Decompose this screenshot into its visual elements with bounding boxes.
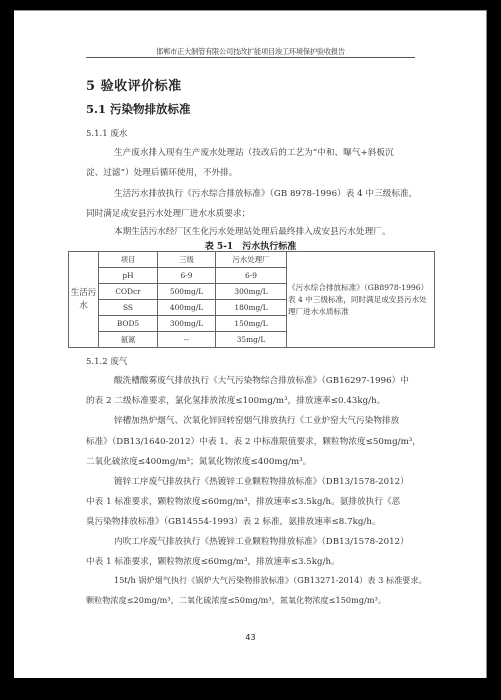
paragraph-line: 生产废水排入现有生产废水处理站（技改后的工艺为“中和、曝气+斜板沉 (114, 146, 394, 158)
paragraph-line: 二氧化硫浓度≤400mg/m³；氮氧化物浓度≤400mg/m³。 (86, 455, 311, 467)
running-header: 邯郸市正大制管有限公司技改扩能项目竣工环境保护验收报告 (14, 47, 487, 57)
table-cell: 35mg/L (216, 332, 287, 348)
table-cell: 400mg/L (158, 300, 216, 316)
table-cell: 500mg/L (158, 284, 216, 300)
table-cell: pH (99, 268, 158, 284)
paragraph-line: 中表 1 标准要求，颗粒物浓度≤60mg/m³，排放速率≤3.5kg/h。 (86, 555, 340, 567)
header-cell: 项目 (99, 252, 158, 268)
table-cell: 150mg/L (216, 316, 287, 332)
paragraph-line: 锌槽加热炉烟气、次氧化锌回转窑烟气排放执行《工业炉窑大气污染物排放 (114, 414, 399, 426)
exhaust-heading: 5.1.2 废气 (86, 355, 127, 367)
table-cell: CODcr (99, 284, 158, 300)
table-cell: 6-9 (158, 268, 216, 284)
paragraph-line: 镀锌工序废气排放执行《热镀锌工业颗粒物排放标准》（DB13/1578-2012） (114, 475, 409, 487)
subsection-heading: 5.1 污染物排放标准 (86, 101, 191, 117)
paragraph-line: 标准》（DB13/1640-2012）中表 1、表 2 中标准限值要求，颗粒物浓… (86, 435, 421, 447)
paragraph-line: 的表 2 二级标准要求，氯化氢排放浓度≤100mg/m³，排放速率≤0.43kg… (86, 394, 385, 406)
paragraph-line: 本期生活污水经厂区生化污水处理站处理后最终排入成安县污水处理厂。 (114, 225, 391, 237)
side-label: 生活污水 (69, 252, 99, 348)
header-cell: 三级 (158, 252, 216, 268)
table-cell: 氨氮 (99, 332, 158, 348)
table-cell: 300mg/L (158, 316, 216, 332)
table-cell: 180mg/L (216, 300, 287, 316)
table-cell: BOD5 (99, 316, 158, 332)
paragraph-line: 中表 1 标准要求，颗粒物浓度≤60mg/m³，排放速率≤3.5kg/h。氨排放… (86, 495, 400, 507)
table-cell: SS (99, 300, 158, 316)
header-cell: 污水处理厂 (216, 252, 287, 268)
wastewater-standards-table: 生活污水 项目 三级 污水处理厂 《污水综合排放标准》（GB8978-1996）… (68, 251, 435, 348)
paragraph-line: 内吹工序废气排放执行《热镀锌工业颗粒物排放标准》（DB13/1578-2012） (114, 535, 409, 547)
paragraph-line: 酸洗槽酸雾废气排放执行《大气污染物综合排放标准》（GB16297-1996）中 (114, 374, 409, 386)
table-cell: 300mg/L (216, 284, 287, 300)
notes-cell: 《污水综合排放标准》（GB8978-1996）表 4 中三级标准，同时满足成安县… (287, 252, 435, 348)
paragraph-line: 颗粒物浓度≤20mg/m³，二氧化硫浓度≤50mg/m³，氮氧化物浓度≤150m… (86, 595, 386, 606)
page-number: 43 (14, 633, 487, 642)
table-cell: -- (158, 332, 216, 348)
paragraph-line: 15t/h 锅炉烟气执行《锅炉大气污染物排放标准》（GB13271-2014）表… (114, 575, 427, 586)
header-rule (86, 57, 415, 58)
paragraph-line: 臭污染物排放标准》（GB14554-1993）表 2 标准，氨排放速率≤8.7k… (86, 515, 381, 527)
document-page: 邯郸市正大制管有限公司技改扩能项目竣工环境保护验收报告 5 验收评价标准 5.1… (14, 10, 487, 678)
paragraph-line: 同时满足成安县污水处理厂进水水质要求； (86, 207, 250, 219)
paragraph-line: 生活污水排放执行《污水综合排放标准》（GB 8978-1996）表 4 中三级标… (114, 187, 417, 199)
section-heading: 5 验收评价标准 (86, 75, 182, 94)
table-cell: 6-9 (216, 268, 287, 284)
table-header-row: 生活污水 项目 三级 污水处理厂 《污水综合排放标准》（GB8978-1996）… (69, 252, 435, 268)
wastewater-heading: 5.1.1 废水 (86, 127, 127, 139)
paragraph-line: 淀、过滤”）处理后循环使用，不外排。 (86, 166, 237, 178)
